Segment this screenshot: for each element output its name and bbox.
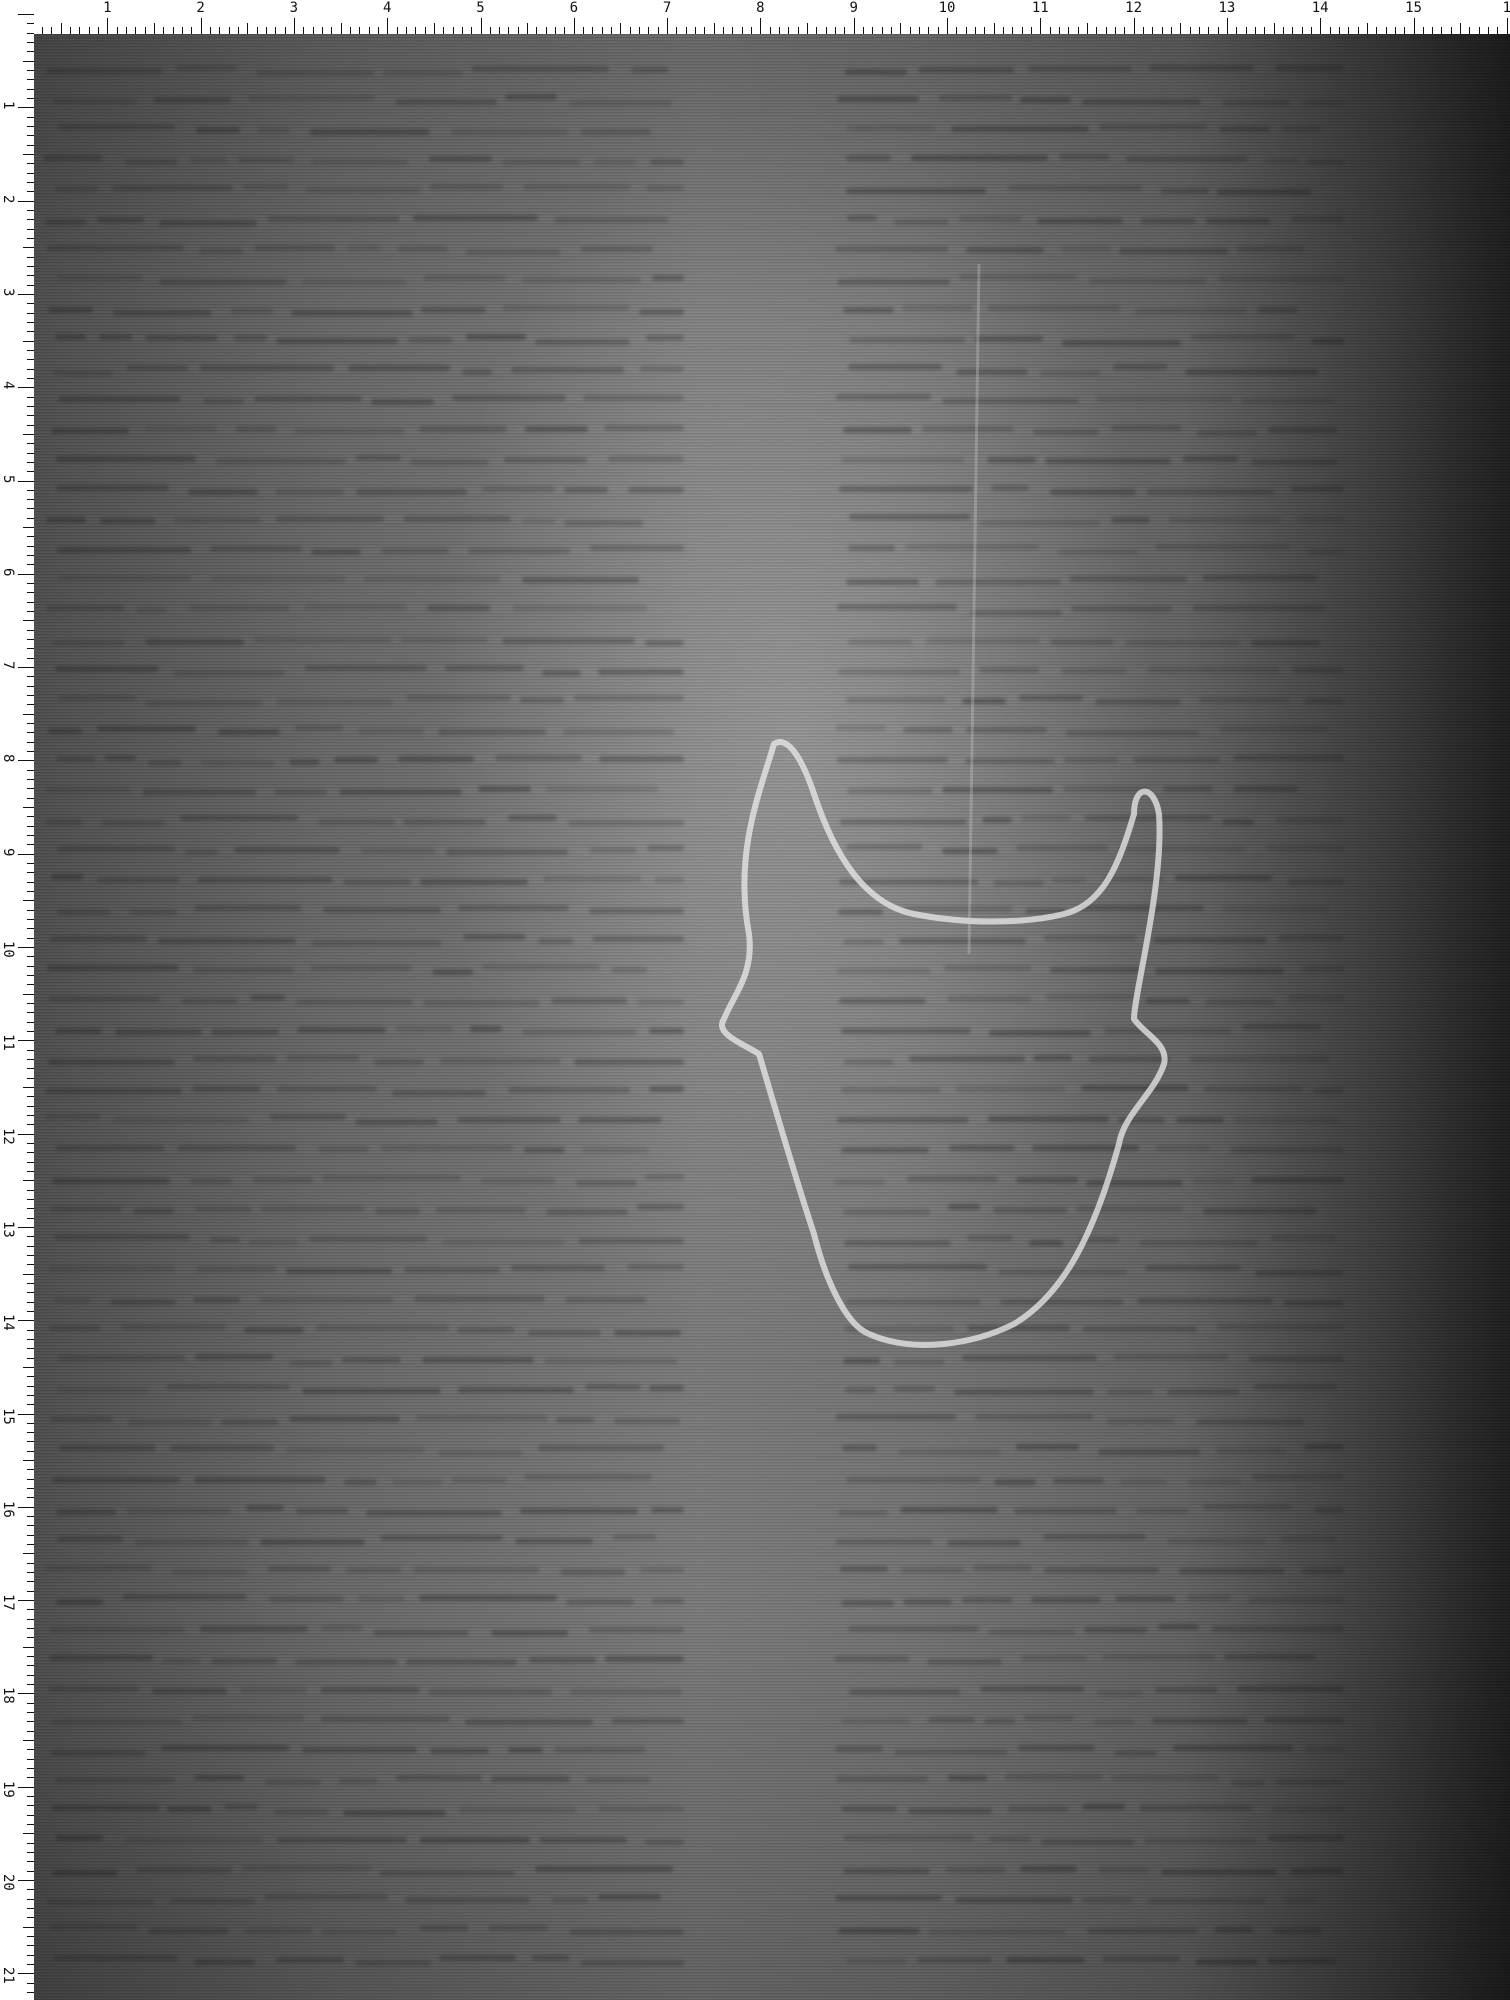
handwriting-stroke — [640, 366, 684, 372]
handwriting-stroke — [1275, 65, 1344, 71]
handwriting-stroke — [1237, 246, 1304, 252]
handwriting-stroke — [144, 426, 217, 432]
handwriting-stroke — [211, 576, 346, 582]
handwriting-stroke — [58, 575, 190, 581]
handwriting-stroke — [48, 1266, 175, 1272]
ruler-tick — [27, 872, 34, 873]
handwriting-stroke — [482, 486, 555, 492]
ruler-label: 4 — [0, 381, 16, 389]
handwriting-stroke — [438, 1450, 523, 1456]
ruler-tick — [27, 938, 34, 939]
ruler-tick — [1236, 27, 1237, 34]
ruler-tick — [219, 27, 220, 34]
ruler-tick — [1395, 27, 1396, 34]
handwriting-stroke — [846, 1299, 981, 1305]
handwriting-stroke — [380, 1870, 514, 1876]
ruler-tick — [51, 27, 52, 34]
handwriting-stroke — [488, 1925, 548, 1931]
handwriting-stroke — [51, 1750, 146, 1756]
ruler-tick — [481, 18, 482, 34]
handwriting-stroke — [522, 277, 641, 283]
handwriting-stroke — [980, 520, 1100, 526]
handwriting-stroke — [563, 729, 674, 735]
handwriting-stroke — [419, 426, 507, 432]
handwriting-stroke — [524, 1474, 652, 1480]
handwriting-stroke — [169, 1898, 255, 1904]
ruler-tick — [1012, 27, 1013, 34]
ruler-tick — [1451, 27, 1452, 34]
traced-outline-shape — [34, 34, 1510, 2000]
handwriting-stroke — [55, 1145, 164, 1151]
handwriting-stroke — [1242, 1024, 1320, 1030]
ruler-tick — [27, 1488, 34, 1489]
ruler-tick — [294, 18, 295, 34]
handwriting-stroke — [848, 1626, 979, 1632]
handwriting-stroke — [145, 335, 217, 341]
handwriting-stroke — [286, 1447, 425, 1453]
ruler-tick — [994, 23, 995, 34]
handwriting-stroke — [429, 1689, 552, 1695]
ruler-tick — [27, 1908, 34, 1909]
ruler-tick — [434, 23, 435, 34]
handwriting-stroke — [1217, 189, 1311, 195]
ruler-tick — [27, 835, 34, 836]
handwriting-stroke — [392, 1479, 443, 1485]
handwriting-stroke — [100, 518, 155, 524]
ruler-tick — [27, 359, 34, 360]
handwriting-stroke — [1043, 1534, 1146, 1540]
handwriting-stroke — [249, 1239, 299, 1245]
handwriting-stroke — [844, 1326, 955, 1332]
handwriting-stroke — [1136, 1508, 1189, 1514]
handwriting-stroke — [190, 1178, 231, 1184]
ruler-tick — [23, 900, 34, 901]
handwriting-stroke — [1284, 1897, 1316, 1903]
handwriting-stroke — [973, 1565, 1032, 1571]
handwriting-stroke — [1222, 819, 1254, 825]
handwriting-stroke — [274, 1809, 329, 1815]
handwriting-stroke — [646, 335, 684, 341]
handwriting-stroke — [645, 1174, 684, 1180]
handwriting-stroke — [1062, 340, 1181, 346]
ruler-label: 14 — [1312, 0, 1329, 16]
handwriting-stroke — [1158, 1624, 1199, 1630]
ruler-tick — [583, 27, 584, 34]
handwriting-stroke — [1267, 1958, 1336, 1964]
ruler-tick — [331, 27, 332, 34]
handwriting-stroke — [52, 1477, 180, 1483]
handwriting-stroke — [55, 1777, 175, 1783]
handwriting-stroke — [598, 1894, 660, 1900]
handwriting-stroke — [544, 1358, 678, 1364]
handwriting-stroke — [148, 760, 182, 766]
handwriting-stroke — [286, 1268, 392, 1274]
handwriting-stroke — [532, 1955, 571, 1961]
ruler-label: 14 — [0, 1314, 16, 1331]
ruler-tick — [1246, 27, 1247, 34]
handwriting-stroke — [286, 1055, 359, 1061]
handwriting-stroke — [302, 1747, 417, 1753]
ruler-tick — [27, 1619, 34, 1620]
ruler-tick — [27, 592, 34, 593]
ruler-label: 16 — [0, 1501, 16, 1518]
handwriting-stroke — [979, 667, 1039, 673]
ruler-tick — [27, 1721, 34, 1722]
handwriting-stroke — [1251, 459, 1337, 465]
handwriting-stroke — [1255, 1270, 1342, 1276]
handwriting-stroke — [1140, 1240, 1258, 1246]
handwriting-stroke — [423, 1000, 540, 1006]
handwriting-stroke — [495, 755, 581, 761]
handwriting-stroke — [265, 1779, 320, 1785]
handwriting-stroke — [115, 1029, 202, 1035]
ruler-tick — [201, 18, 202, 34]
handwriting-stroke — [1111, 517, 1150, 523]
ruler-tick — [910, 27, 911, 34]
handwriting-stroke — [256, 70, 374, 76]
handwriting-stroke — [894, 1359, 945, 1365]
ruler-label: 13 — [1218, 0, 1235, 16]
handwriting-stroke — [843, 427, 911, 433]
ruler-tick — [23, 341, 34, 342]
ruler-tick — [807, 23, 808, 34]
handwriting-stroke — [1098, 1449, 1200, 1455]
handwriting-stroke — [846, 1958, 907, 1964]
handwriting-stroke — [1018, 1745, 1095, 1751]
ruler-tick — [27, 686, 34, 687]
handwriting-stroke — [128, 1419, 212, 1425]
ruler-tick — [27, 1712, 34, 1713]
ruler-tick — [1050, 27, 1051, 34]
handwriting-stroke — [121, 1324, 227, 1330]
ruler-tick — [257, 27, 258, 34]
handwriting-stroke — [1111, 1775, 1219, 1781]
handwriting-stroke — [574, 695, 684, 701]
handwriting-stroke — [1044, 935, 1136, 941]
handwriting-stroke — [267, 216, 399, 222]
ruler-tick — [1143, 27, 1144, 34]
ruler-tick — [27, 1591, 34, 1592]
handwriting-stroke — [275, 489, 344, 495]
handwriting-stroke — [1188, 1479, 1241, 1485]
handwriting-stroke — [127, 1508, 231, 1514]
handwriting-stroke — [1163, 786, 1213, 792]
handwriting-stroke — [136, 1867, 232, 1873]
handwriting-stroke — [840, 819, 967, 825]
handwriting-stroke — [837, 279, 950, 285]
ruler-tick — [27, 1441, 34, 1442]
ruler-tick — [27, 1684, 34, 1685]
handwriting-stroke — [311, 549, 361, 555]
ruler-tick — [350, 27, 351, 34]
handwriting-stroke — [959, 274, 1076, 280]
handwriting-stroke — [970, 610, 1063, 616]
handwriting-stroke — [565, 1297, 646, 1303]
handwriting-stroke — [203, 398, 245, 404]
ruler-tick — [1460, 23, 1461, 34]
handwriting-stroke — [841, 1087, 941, 1093]
handwriting-stroke — [837, 968, 930, 974]
handwriting-stroke — [366, 1510, 502, 1516]
handwriting-stroke — [628, 487, 684, 493]
handwriting-stroke — [1147, 1898, 1266, 1904]
handwriting-stroke — [975, 1414, 1093, 1420]
ruler-tick — [27, 1199, 34, 1200]
ruler-tick — [27, 910, 34, 911]
ruler-tick — [18, 1693, 34, 1694]
handwriting-stroke — [639, 309, 684, 315]
handwriting-stroke — [1069, 576, 1186, 582]
ruler-tick — [27, 564, 34, 565]
ruler-tick — [1423, 27, 1424, 34]
handwriting-stroke — [988, 1629, 1075, 1635]
ruler-tick — [27, 275, 34, 276]
ruler-tick — [23, 1833, 34, 1834]
ruler-tick — [18, 1880, 34, 1881]
handwriting-stroke — [967, 1235, 1014, 1241]
handwriting-stroke — [546, 1209, 627, 1215]
handwriting-stroke — [1297, 516, 1344, 522]
ruler-tick — [1190, 27, 1191, 34]
handwriting-stroke — [260, 1539, 366, 1545]
ruler-tick — [27, 1246, 34, 1247]
handwriting-stroke — [58, 396, 181, 402]
handwriting-stroke — [177, 1145, 296, 1151]
ruler-tick — [27, 1871, 34, 1872]
ruler-tick — [1376, 27, 1377, 34]
handwriting-stroke — [841, 1718, 911, 1724]
handwriting-stroke — [1291, 486, 1344, 492]
handwriting-stroke — [845, 69, 907, 75]
handwriting-stroke — [306, 187, 422, 193]
top-ruler: 01234567891011121314151 — [0, 0, 1510, 34]
handwriting-stroke — [840, 1566, 888, 1572]
handwriting-stroke — [911, 155, 1048, 161]
handwriting-stroke — [951, 126, 1089, 132]
ruler-tick — [18, 1040, 34, 1041]
handwriting-stroke — [1137, 1298, 1273, 1304]
handwriting-stroke — [1305, 1746, 1344, 1752]
ruler-tick — [27, 369, 34, 370]
ruler-tick — [835, 27, 836, 34]
handwriting-stroke — [956, 369, 1028, 375]
handwriting-stroke — [582, 1147, 649, 1153]
ruler-tick — [1348, 27, 1349, 34]
ruler-tick — [27, 219, 34, 220]
ruler-tick — [378, 27, 379, 34]
handwriting-stroke — [1254, 1384, 1337, 1390]
ruler-tick — [173, 27, 174, 34]
handwriting-stroke — [637, 999, 684, 1005]
ruler-tick — [798, 27, 799, 34]
handwriting-stroke — [836, 1414, 956, 1420]
handwriting-stroke — [270, 1114, 346, 1120]
ruler-tick — [27, 182, 34, 183]
ruler-tick — [536, 27, 537, 34]
handwriting-stroke — [1288, 995, 1344, 1001]
ruler-tick — [770, 27, 771, 34]
handwriting-stroke — [47, 1899, 154, 1905]
ruler-tick — [27, 1824, 34, 1825]
ruler-tick — [27, 1068, 34, 1069]
ruler-tick — [18, 294, 34, 295]
ruler-tick — [27, 928, 34, 929]
ruler-tick — [1227, 18, 1228, 34]
handwriting-stroke — [48, 1686, 139, 1692]
ruler-tick — [27, 1815, 34, 1816]
handwriting-stroke — [1152, 1718, 1248, 1724]
ruler-tick — [1507, 18, 1508, 34]
handwriting-stroke — [1087, 1928, 1196, 1934]
handwriting-stroke — [195, 1206, 251, 1212]
handwriting-stroke — [189, 157, 227, 163]
ruler-tick — [275, 27, 276, 34]
ruler-tick — [27, 173, 34, 174]
handwriting-stroke — [173, 670, 285, 676]
handwriting-stroke — [1241, 398, 1336, 404]
ruler-tick — [27, 826, 34, 827]
ruler-tick — [27, 1124, 34, 1125]
handwriting-stroke — [276, 516, 385, 522]
handwriting-stroke — [1050, 639, 1114, 645]
ruler-tick — [23, 247, 34, 248]
handwriting-stroke — [903, 1599, 952, 1605]
ruler-tick — [900, 23, 901, 34]
ruler-tick — [27, 1861, 34, 1862]
ruler-tick — [27, 966, 34, 967]
ruler-tick — [18, 574, 34, 575]
handwriting-stroke — [589, 908, 684, 914]
handwriting-stroke — [234, 847, 340, 853]
ruler-tick — [163, 27, 164, 34]
handwriting-stroke — [194, 1959, 255, 1965]
handwriting-stroke — [843, 1358, 880, 1364]
handwriting-stroke — [627, 1264, 684, 1270]
handwriting-stroke — [1082, 1326, 1197, 1332]
ruler-tick — [1171, 27, 1172, 34]
handwriting-stroke — [991, 485, 1028, 491]
handwriting-stroke — [381, 548, 449, 554]
handwriting-stroke — [613, 1534, 656, 1540]
ruler-tick — [1218, 27, 1219, 34]
handwriting-stroke — [843, 307, 894, 313]
handwriting-stroke — [535, 1866, 673, 1872]
handwriting-stroke — [211, 1029, 279, 1035]
ruler-tick — [1367, 23, 1368, 34]
handwriting-stroke — [1063, 786, 1150, 792]
ruler-tick — [18, 760, 34, 761]
ruler-tick — [154, 23, 155, 34]
handwriting-stroke — [1096, 396, 1232, 402]
ruler-label: 2 — [196, 0, 204, 16]
handwriting-stroke — [46, 1088, 183, 1094]
ruler-tick — [27, 51, 34, 52]
handwriting-stroke — [542, 670, 581, 676]
handwriting-stroke — [1020, 97, 1071, 103]
handwriting-stroke — [438, 729, 547, 735]
ruler-tick — [742, 27, 743, 34]
handwriting-stroke — [611, 1718, 684, 1724]
handwriting-stroke — [848, 1264, 987, 1270]
handwriting-stroke — [51, 1719, 182, 1725]
handwriting-stroke — [594, 159, 637, 165]
ruler-tick — [27, 1218, 34, 1219]
handwriting-stroke — [1000, 1299, 1124, 1305]
handwriting-stroke — [465, 249, 560, 255]
handwriting-stroke — [347, 245, 380, 251]
handwriting-stroke — [254, 637, 392, 643]
handwriting-stroke — [253, 1177, 313, 1183]
ruler-tick — [27, 238, 34, 239]
handwriting-stroke — [309, 1236, 427, 1242]
handwriting-stroke — [374, 1059, 423, 1065]
handwriting-stroke — [436, 1207, 527, 1213]
handwriting-stroke — [482, 964, 600, 970]
handwriting-stroke — [1176, 1117, 1224, 1123]
handwriting-stroke — [50, 936, 147, 942]
ruler-label: 13 — [0, 1221, 16, 1238]
handwriting-stroke — [894, 219, 949, 225]
handwriting-stroke — [504, 457, 588, 463]
ruler-tick — [1330, 27, 1331, 34]
ruler-label: 12 — [1125, 0, 1142, 16]
ruler-tick — [27, 1162, 34, 1163]
handwriting-stroke — [993, 880, 1044, 886]
handwriting-stroke — [1106, 1418, 1174, 1424]
handwriting-stroke — [631, 67, 669, 73]
ruler-tick — [574, 18, 575, 34]
handwriting-stroke — [1199, 697, 1290, 703]
ruler-tick — [266, 27, 267, 34]
ruler-label: 7 — [0, 661, 16, 669]
handwriting-stroke — [1251, 1177, 1344, 1183]
handwriting-stroke — [323, 907, 441, 913]
handwriting-stroke — [1257, 307, 1298, 313]
handwriting-stroke — [1190, 1056, 1330, 1062]
ruler-tick — [387, 18, 388, 34]
handwriting-stroke — [181, 998, 238, 1004]
handwriting-stroke — [1046, 994, 1135, 1000]
handwriting-stroke — [1155, 544, 1290, 550]
handwriting-stroke — [1248, 1597, 1344, 1603]
ruler-tick — [555, 27, 556, 34]
handwriting-stroke — [1291, 216, 1344, 222]
ruler-tick — [322, 27, 323, 34]
handwriting-stroke — [508, 1747, 543, 1753]
handwriting-stroke — [901, 1567, 964, 1573]
ruler-tick — [1059, 27, 1060, 34]
handwriting-stroke — [472, 66, 610, 72]
handwriting-stroke — [837, 1117, 969, 1123]
handwriting-stroke — [361, 848, 435, 854]
handwriting-stroke — [1219, 126, 1270, 132]
handwriting-stroke — [1233, 755, 1344, 761]
ruler-tick — [1134, 18, 1135, 34]
handwriting-stroke — [491, 1776, 569, 1782]
handwriting-stroke — [592, 936, 684, 942]
handwriting-stroke — [524, 1147, 565, 1153]
ruler-tick — [592, 27, 593, 34]
handwriting-stroke — [1031, 1597, 1101, 1603]
handwriting-stroke — [1191, 334, 1293, 340]
ruler-tick — [1302, 27, 1303, 34]
handwriting-stroke — [847, 788, 933, 794]
handwriting-stroke — [201, 760, 275, 766]
handwriting-stroke — [240, 1687, 307, 1693]
ruler-tick — [1488, 27, 1489, 34]
handwriting-stroke — [649, 1086, 684, 1092]
handwriting-stroke — [1104, 1028, 1231, 1034]
